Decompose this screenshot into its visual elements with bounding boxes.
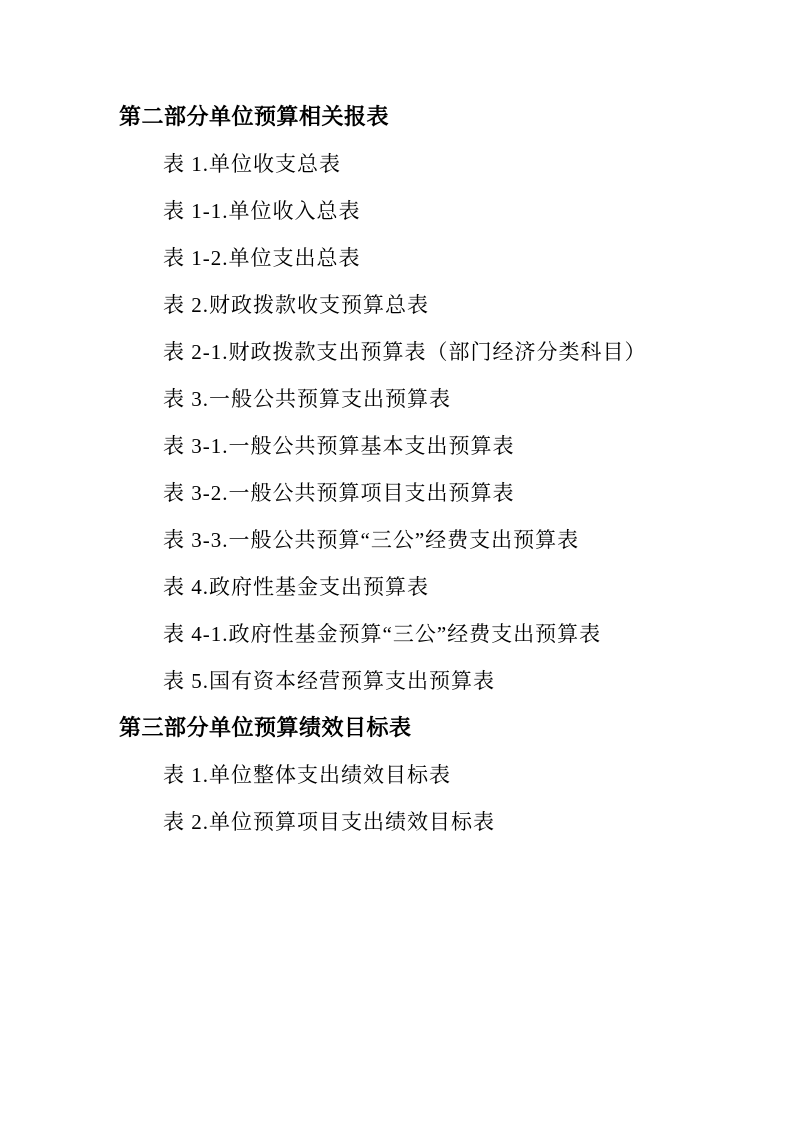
toc-item-table-1: 表 1.单位收支总表 <box>119 139 753 186</box>
toc-item-perf-table-2: 表 2.单位预算项目支出绩效目标表 <box>119 797 753 844</box>
toc-item-perf-table-1: 表 1.单位整体支出绩效目标表 <box>119 750 753 797</box>
section-heading-part2: 第二部分单位预算相关报表 <box>119 92 753 139</box>
toc-item-table-3-2: 表 3-2.一般公共预算项目支出预算表 <box>119 468 753 515</box>
toc-item-table-3-1: 表 3-1.一般公共预算基本支出预算表 <box>119 421 753 468</box>
toc-item-table-4: 表 4.政府性基金支出预算表 <box>119 562 753 609</box>
section-heading-part3: 第三部分单位预算绩效目标表 <box>119 703 753 750</box>
toc-item-table-3-3: 表 3-3.一般公共预算“三公”经费支出预算表 <box>119 515 753 562</box>
toc-item-table-1-1: 表 1-1.单位收入总表 <box>119 186 753 233</box>
toc-item-table-2-1: 表 2-1.财政拨款支出预算表（部门经济分类科目） <box>119 327 753 374</box>
document-page: 第二部分单位预算相关报表 表 1.单位收支总表 表 1-1.单位收入总表 表 1… <box>0 0 793 1122</box>
toc-item-table-2: 表 2.财政拨款收支预算总表 <box>119 280 753 327</box>
toc-item-table-1-2: 表 1-2.单位支出总表 <box>119 233 753 280</box>
toc-item-table-4-1: 表 4-1.政府性基金预算“三公”经费支出预算表 <box>119 609 753 656</box>
toc-item-table-5: 表 5.国有资本经营预算支出预算表 <box>119 656 753 703</box>
toc-item-table-3: 表 3.一般公共预算支出预算表 <box>119 374 753 421</box>
toc-content: 第二部分单位预算相关报表 表 1.单位收支总表 表 1-1.单位收入总表 表 1… <box>119 92 753 844</box>
